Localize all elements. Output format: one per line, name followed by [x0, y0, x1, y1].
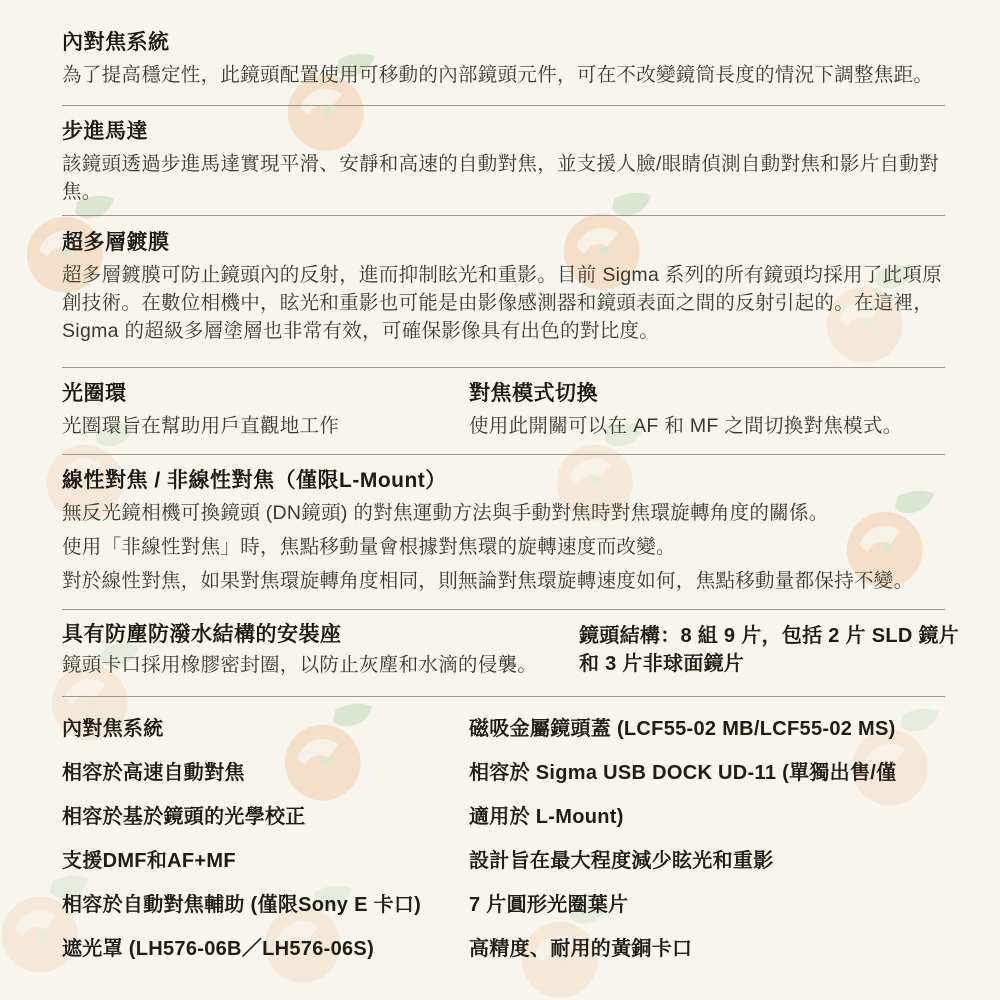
section-body-line: 無反光鏡相機可換鏡頭 (DN鏡頭) 的對焦運動方法與手動對焦時對焦環旋轉角度的關…: [62, 499, 945, 527]
lens-construction-column: 鏡頭結構：8 組 9 片，包括 2 片 SLD 鏡片 和 3 片非球面鏡片: [579, 622, 959, 679]
section-inner-focus: 內對焦系統 為了提高穩定性，此鏡頭配置使用可移動的內部鏡頭元件，可在不改變鏡筒長…: [62, 30, 945, 105]
description-content: 內對焦系統 為了提高穩定性，此鏡頭配置使用可移動的內部鏡頭元件，可在不改變鏡筒長…: [0, 0, 1000, 971]
feature-item: 相容於基於鏡頭的光學校正: [62, 795, 469, 839]
lens-construction-line: 和 3 片非球面鏡片: [579, 650, 959, 678]
section-title: 超多層鍍膜: [62, 230, 945, 256]
feature-item: 設計旨在最大程度減少眩光和重影: [469, 839, 945, 883]
section-body: 超多層鍍膜可防止鏡頭內的反射，進而抑制眩光和重影。目前 Sigma 系列的所有鏡…: [62, 261, 945, 345]
feature-item: 適用於 L-Mount): [469, 795, 945, 839]
product-description-page: 內對焦系統 為了提高穩定性，此鏡頭配置使用可移動的內部鏡頭元件，可在不改變鏡筒長…: [0, 0, 1000, 1000]
section-linear-focus: 線性對焦 / 非線性對焦（僅限L-Mount） 無反光鏡相機可換鏡頭 (DN鏡頭…: [62, 455, 945, 609]
section-body: 為了提高穩定性，此鏡頭配置使用可移動的內部鏡頭元件，可在不改變鏡筒長度的情況下調…: [62, 61, 945, 89]
section-title: 線性對焦 / 非線性對焦（僅限L-Mount）: [62, 468, 945, 494]
feature-item: 磁吸金屬鏡頭蓋 (LCF55-02 MB/LCF55-02 MS): [469, 707, 945, 751]
section-title: 內對焦系統: [62, 30, 945, 56]
dust-splash-mount-column: 具有防塵防潑水結構的安裝座 鏡頭卡口採用橡膠密封圈，以防止灰塵和水滴的侵襲。: [62, 622, 579, 679]
section-title: 對焦模式切換: [469, 381, 945, 407]
section-stepping-motor: 步進馬達 該鏡頭透過步進馬達實現平滑、安靜和高速的自動對焦，並支援人臉/眼睛偵測…: [62, 106, 945, 215]
feature-item: 支援DMF和AF+MF: [62, 839, 469, 883]
section-title: 步進馬達: [62, 119, 945, 145]
feature-item: 相容於自動對焦輔助 (僅限Sony E 卡口): [62, 883, 469, 927]
feature-item: 相容於高速自動對焦: [62, 751, 469, 795]
lens-construction-line: 鏡頭結構：8 組 9 片，包括 2 片 SLD 鏡片: [579, 622, 959, 650]
section-mount-and-construction: 具有防塵防潑水結構的安裝座 鏡頭卡口採用橡膠密封圈，以防止灰塵和水滴的侵襲。 鏡…: [62, 610, 945, 696]
section-body-line: 對於線性對焦，如果對焦環旋轉角度相同，則無論對焦環旋轉速度如何，焦點移動量都保持…: [62, 567, 945, 595]
section-body: 使用此開關可以在 AF 和 MF 之間切換對焦模式。: [469, 412, 945, 440]
section-aperture-and-switch: 光圈環 光圈環旨在幫助用戶直觀地工作 對焦模式切換 使用此開關可以在 AF 和 …: [62, 368, 945, 454]
section-title: 光圈環: [62, 381, 469, 407]
section-super-multi-coating: 超多層鍍膜 超多層鍍膜可防止鏡頭內的反射，進而抑制眩光和重影。目前 Sigma …: [62, 216, 945, 367]
feature-list: 內對焦系統 磁吸金屬鏡頭蓋 (LCF55-02 MB/LCF55-02 MS) …: [62, 697, 945, 971]
feature-item: 遮光罩 (LH576-06B／LH576-06S): [62, 927, 469, 971]
feature-item: 高精度、耐用的黃銅卡口: [469, 927, 945, 971]
feature-item: 內對焦系統: [62, 707, 469, 751]
section-body: 鏡頭卡口採用橡膠密封圈，以防止灰塵和水滴的侵襲。: [62, 651, 579, 679]
aperture-ring-column: 光圈環 光圈環旨在幫助用戶直觀地工作: [62, 381, 469, 440]
feature-item: 相容於 Sigma USB DOCK UD-11 (單獨出售/僅: [469, 751, 945, 795]
section-body-line: 使用「非線性對焦」時，焦點移動量會根據對焦環的旋轉速度而改變。: [62, 533, 945, 561]
section-title: 具有防塵防潑水結構的安裝座: [62, 622, 579, 648]
section-body: 光圈環旨在幫助用戶直觀地工作: [62, 412, 469, 440]
focus-mode-switch-column: 對焦模式切換 使用此開關可以在 AF 和 MF 之間切換對焦模式。: [469, 381, 945, 440]
section-body: 該鏡頭透過步進馬達實現平滑、安靜和高速的自動對焦，並支援人臉/眼睛偵測自動對焦和…: [62, 150, 945, 206]
feature-item: 7 片圓形光圈葉片: [469, 883, 945, 927]
